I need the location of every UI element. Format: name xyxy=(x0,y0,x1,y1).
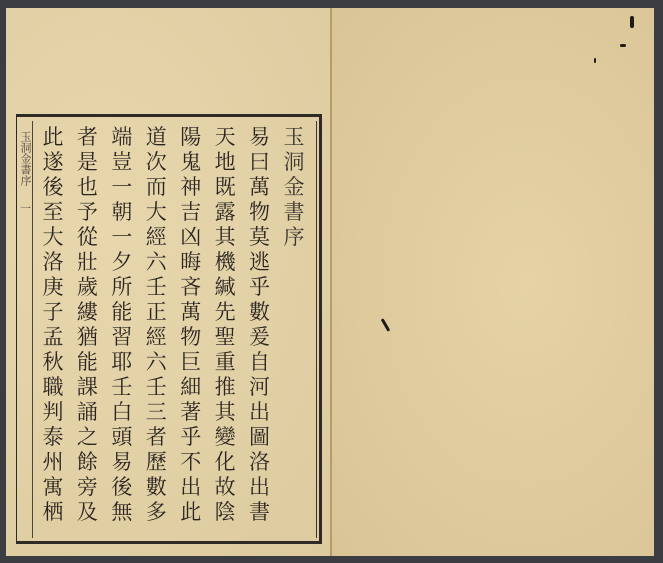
text-column: 陽鬼神吉凶晦吝萬物巨細著乎不出此 xyxy=(175,121,207,538)
glyph: 遂 xyxy=(43,150,64,175)
glyph: 曰 xyxy=(249,150,270,175)
text-column: 易曰萬物莫逃乎數爰自河出圖洛出書 xyxy=(244,121,276,538)
glyph: 不 xyxy=(180,450,201,475)
glyph: 子 xyxy=(43,300,64,325)
text-column-title: 玉洞金書序 xyxy=(278,121,310,538)
glyph: 朝 xyxy=(111,200,132,225)
glyph: 猶 xyxy=(77,325,98,350)
text-columns: 玉洞金書序 易曰萬物莫逃乎數爰自河出圖洛出書 天地既露其機緘先聖重推其變化故陰 … xyxy=(37,121,310,538)
glyph: 機 xyxy=(215,250,236,275)
glyph: 此 xyxy=(43,125,64,150)
glyph: 物 xyxy=(180,325,201,350)
glyph: 無 xyxy=(111,500,132,525)
glyph: 六 xyxy=(146,350,167,375)
right-page xyxy=(332,8,654,556)
glyph: 正 xyxy=(146,300,167,325)
glyph: 經 xyxy=(146,225,167,250)
glyph: 數 xyxy=(249,300,270,325)
glyph: 洛 xyxy=(43,250,64,275)
margin-title: 玉洞金書序 xyxy=(19,131,32,186)
glyph: 端 xyxy=(111,125,132,150)
glyph: 此 xyxy=(180,500,201,525)
ink-blot xyxy=(620,44,626,47)
glyph: 旁 xyxy=(77,475,98,500)
glyph: 玉 xyxy=(283,125,304,150)
glyph: 習 xyxy=(111,325,132,350)
glyph: 乎 xyxy=(180,425,201,450)
glyph: 乎 xyxy=(249,275,270,300)
glyph: 逃 xyxy=(249,250,270,275)
glyph: 壬 xyxy=(111,375,132,400)
glyph: 多 xyxy=(146,500,167,525)
glyph: 推 xyxy=(215,375,236,400)
glyph: 著 xyxy=(180,400,201,425)
glyph: 鬼 xyxy=(180,150,201,175)
glyph: 洞 xyxy=(283,150,304,175)
glyph: 經 xyxy=(146,325,167,350)
glyph: 吝 xyxy=(180,275,201,300)
glyph: 六 xyxy=(146,250,167,275)
glyph: 重 xyxy=(215,350,236,375)
glyph: 其 xyxy=(215,225,236,250)
glyph: 自 xyxy=(249,350,270,375)
ink-blot xyxy=(381,318,391,332)
print-frame: 玉洞金書序 一 玉洞金書序 易曰萬物莫逃乎數爰自河出圖洛出書 天地既露其機緘先聖… xyxy=(16,114,322,544)
glyph: 職 xyxy=(43,375,64,400)
glyph: 能 xyxy=(77,350,98,375)
glyph: 後 xyxy=(111,475,132,500)
glyph: 餘 xyxy=(77,450,98,475)
glyph: 變 xyxy=(215,425,236,450)
glyph: 予 xyxy=(77,200,98,225)
text-column: 天地既露其機緘先聖重推其變化故陰 xyxy=(209,121,241,538)
glyph: 從 xyxy=(77,225,98,250)
glyph: 數 xyxy=(146,475,167,500)
glyph: 次 xyxy=(146,150,167,175)
glyph: 金 xyxy=(283,175,304,200)
glyph: 能 xyxy=(111,300,132,325)
glyph: 聖 xyxy=(215,325,236,350)
text-column: 此遂後至大洛庚子孟秋職判泰州寓栖 xyxy=(37,121,69,538)
glyph: 大 xyxy=(146,200,167,225)
ink-blot xyxy=(594,58,596,63)
glyph: 巨 xyxy=(180,350,201,375)
glyph: 序 xyxy=(283,225,304,250)
glyph: 書 xyxy=(283,200,304,225)
glyph: 一 xyxy=(111,175,132,200)
text-column: 道次而大經六壬正經六壬三者歷數多 xyxy=(140,121,172,538)
glyph: 栖 xyxy=(43,500,64,525)
glyph: 陰 xyxy=(215,500,236,525)
glyph: 頭 xyxy=(111,425,132,450)
glyph: 化 xyxy=(215,450,236,475)
glyph: 判 xyxy=(43,400,64,425)
glyph: 易 xyxy=(111,450,132,475)
margin-page-number: 一 xyxy=(20,202,31,215)
glyph: 者 xyxy=(77,125,98,150)
glyph: 歲 xyxy=(77,275,98,300)
glyph: 物 xyxy=(249,200,270,225)
glyph: 課 xyxy=(77,375,98,400)
glyph: 泰 xyxy=(43,425,64,450)
glyph: 爰 xyxy=(249,325,270,350)
glyph: 一 xyxy=(111,225,132,250)
text-column: 者是也予從壯歲縷猶能課誦之餘旁及 xyxy=(71,121,103,538)
glyph: 至 xyxy=(43,200,64,225)
glyph: 出 xyxy=(249,400,270,425)
glyph: 誦 xyxy=(77,400,98,425)
glyph: 既 xyxy=(215,175,236,200)
glyph: 晦 xyxy=(180,250,201,275)
glyph: 吉 xyxy=(180,200,201,225)
glyph: 孟 xyxy=(43,325,64,350)
glyph: 及 xyxy=(77,500,98,525)
glyph: 歷 xyxy=(146,450,167,475)
glyph: 之 xyxy=(77,425,98,450)
glyph: 者 xyxy=(146,425,167,450)
glyph: 白 xyxy=(111,400,132,425)
glyph: 三 xyxy=(146,400,167,425)
glyph: 洛 xyxy=(249,450,270,475)
glyph: 也 xyxy=(77,175,98,200)
glyph: 縷 xyxy=(77,300,98,325)
glyph: 豈 xyxy=(111,150,132,175)
glyph: 所 xyxy=(111,275,132,300)
glyph: 庚 xyxy=(43,275,64,300)
glyph: 神 xyxy=(180,175,201,200)
glyph: 萬 xyxy=(249,175,270,200)
glyph: 耶 xyxy=(111,350,132,375)
glyph: 大 xyxy=(43,225,64,250)
glyph: 露 xyxy=(215,200,236,225)
glyph: 壯 xyxy=(77,250,98,275)
glyph: 故 xyxy=(215,475,236,500)
glyph: 而 xyxy=(146,175,167,200)
glyph: 寓 xyxy=(43,475,64,500)
glyph: 先 xyxy=(215,300,236,325)
glyph: 道 xyxy=(146,125,167,150)
glyph: 圖 xyxy=(249,425,270,450)
glyph: 其 xyxy=(215,400,236,425)
glyph: 易 xyxy=(249,125,270,150)
glyph: 後 xyxy=(43,175,64,200)
text-column: 端豈一朝一夕所能習耶壬白頭易後無 xyxy=(106,121,138,538)
glyph: 秋 xyxy=(43,350,64,375)
glyph: 陽 xyxy=(180,125,201,150)
glyph: 出 xyxy=(180,475,201,500)
glyph: 州 xyxy=(43,450,64,475)
glyph: 萬 xyxy=(180,300,201,325)
glyph: 書 xyxy=(249,500,270,525)
glyph: 壬 xyxy=(146,375,167,400)
glyph: 莫 xyxy=(249,225,270,250)
margin-column: 玉洞金書序 一 xyxy=(19,121,33,538)
glyph: 細 xyxy=(180,375,201,400)
book-spread: 玉洞金書序 一 玉洞金書序 易曰萬物莫逃乎數爰自河出圖洛出書 天地既露其機緘先聖… xyxy=(0,0,663,563)
glyph: 是 xyxy=(77,150,98,175)
glyph: 河 xyxy=(249,375,270,400)
ink-blot xyxy=(630,16,634,28)
glyph: 天 xyxy=(215,125,236,150)
glyph: 緘 xyxy=(215,275,236,300)
glyph: 地 xyxy=(215,150,236,175)
left-page: 玉洞金書序 一 玉洞金書序 易曰萬物莫逃乎數爰自河出圖洛出書 天地既露其機緘先聖… xyxy=(6,8,332,556)
glyph: 夕 xyxy=(111,250,132,275)
glyph: 壬 xyxy=(146,275,167,300)
glyph: 凶 xyxy=(180,225,201,250)
glyph: 出 xyxy=(249,475,270,500)
